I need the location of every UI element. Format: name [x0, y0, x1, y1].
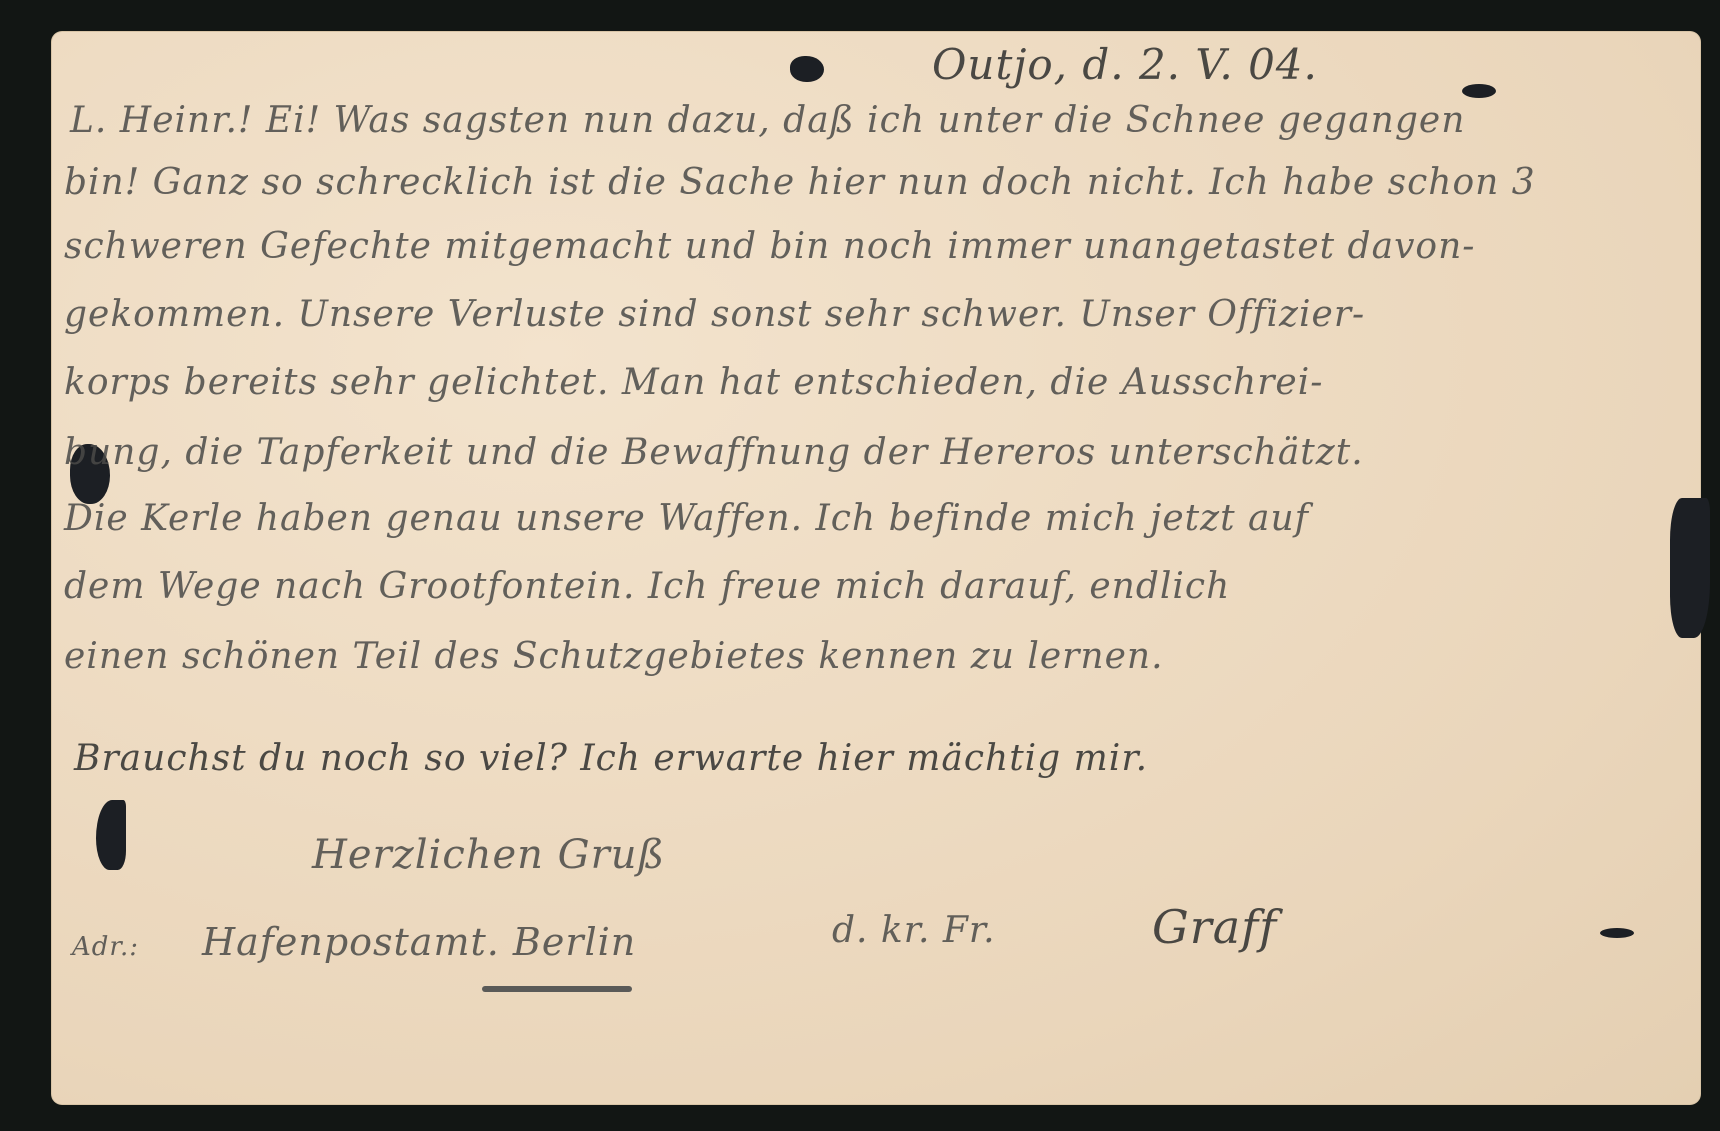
postcard: Outjo, d. 2. V. 04. L. Heinr.! Ei! Was s…	[52, 32, 1700, 1104]
closing: Herzlichen Gruß	[312, 832, 665, 878]
text-line-5: korps bereits sehr gelichtet. Man hat en…	[64, 362, 1323, 403]
text-line-9: einen schönen Teil des Schutzgebietes ke…	[64, 636, 1164, 677]
ink-blot-right	[1670, 498, 1710, 638]
ink-blot-top	[790, 56, 824, 82]
date-line: Outjo, d. 2. V. 04.	[932, 40, 1318, 89]
signature: Graff	[1152, 900, 1277, 954]
text-line-8: dem Wege nach Grootfontein. Ich freue mi…	[64, 566, 1230, 607]
text-line-3: schweren Gefechte mitgemacht und bin noc…	[64, 226, 1475, 267]
text-line-10: Brauchst du noch so viel? Ich erwarte hi…	[74, 738, 1148, 779]
text-line-6: bung, die Tapferkeit und die Bewaffnung …	[64, 432, 1364, 473]
address: Hafenpostamt. Berlin	[202, 920, 636, 964]
ink-blot-top-right	[1462, 84, 1496, 98]
ink-blot-bottom-right	[1600, 928, 1634, 938]
ink-blot-bottom-left	[96, 800, 126, 870]
text-line-1: L. Heinr.! Ei! Was sagsten nun dazu, daß…	[70, 100, 1465, 141]
signature-prefix: d. kr. Fr.	[832, 910, 996, 951]
text-line-7: Die Kerle haben genau unsere Waffen. Ich…	[64, 498, 1309, 539]
text-line-4: gekommen. Unsere Verluste sind sonst seh…	[64, 294, 1365, 335]
address-label: Adr.:	[72, 932, 139, 962]
address-underline	[482, 986, 632, 992]
text-line-2: bin! Ganz so schrecklich ist die Sache h…	[64, 162, 1536, 203]
